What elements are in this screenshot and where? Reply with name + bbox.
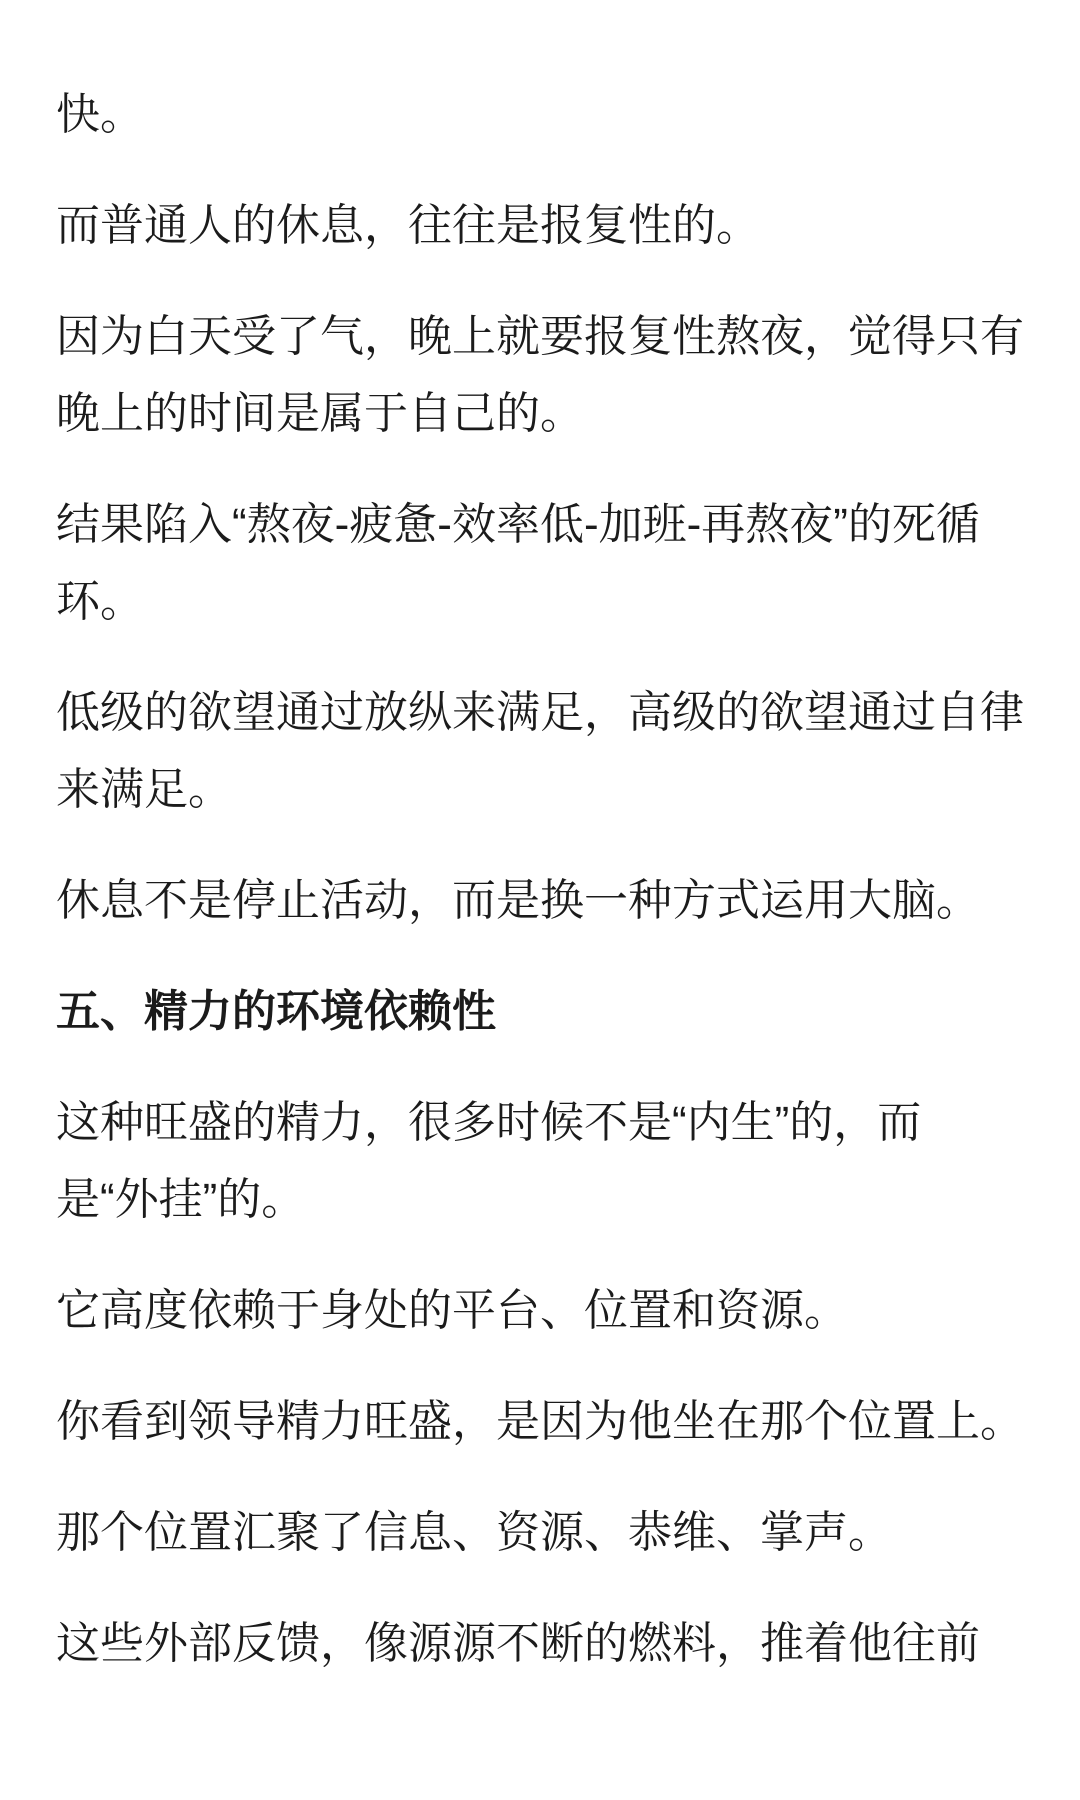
paragraph: 那个位置汇聚了信息、资源、恭维、掌声。 xyxy=(56,1494,1030,1571)
paragraph: 结果陷入“熬夜-疲惫-效率低-加班-再熬夜”的死循 环。 xyxy=(56,486,1030,640)
paragraph: 这种旺盛的精力，很多时候不是“内生”的，而 是“外挂”的。 xyxy=(56,1084,1030,1238)
paragraph: 而普通人的休息，往往是报复性的。 xyxy=(56,187,1030,264)
article-page: 快。 而普通人的休息，往往是报复性的。 因为白天受了气，晚上就要报复性熬夜，觉得… xyxy=(0,0,1080,1800)
paragraph: 你看到领导精力旺盛，是因为他坐在那个位置上。 xyxy=(56,1383,1030,1460)
paragraph: 快。 xyxy=(56,76,1030,153)
paragraph: 它高度依赖于身处的平台、位置和资源。 xyxy=(56,1272,1030,1349)
paragraph: 低级的欲望通过放纵来满足，高级的欲望通过自律 来满足。 xyxy=(56,674,1030,828)
paragraph: 休息不是停止活动，而是换一种方式运用大脑。 xyxy=(56,862,1030,939)
section-heading: 五、精力的环境依赖性 xyxy=(56,973,1030,1050)
paragraph: 因为白天受了气，晚上就要报复性熬夜，觉得只有 晚上的时间是属于自己的。 xyxy=(56,298,1030,452)
paragraph: 这些外部反馈，像源源不断的燃料，推着他往前 xyxy=(56,1605,1030,1682)
